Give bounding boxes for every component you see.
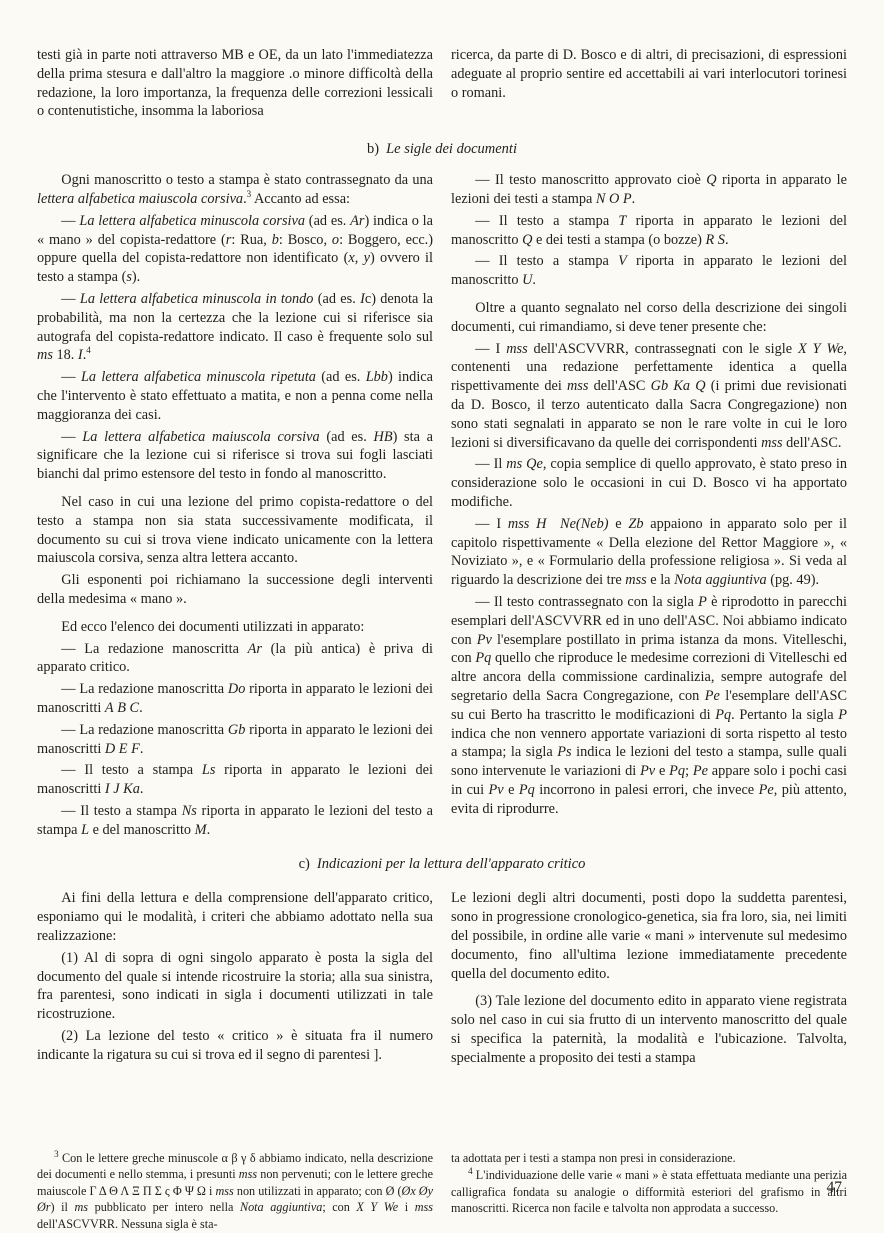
paragraph: (1) Al di sopra di ogni singolo apparato… <box>37 949 433 1024</box>
paragraph: — Il testo contrassegnato con la sigla P… <box>451 593 847 819</box>
page-number: 47 <box>827 1179 843 1197</box>
paragraph: (2) La lezione del testo « critico » è s… <box>37 1027 433 1065</box>
paragraph: testi già in parte noti attraverso MB e … <box>37 46 433 121</box>
section-b-letter: b) <box>367 141 379 157</box>
section-c-column-left: Ai fini della lettura e della comprensio… <box>37 889 433 1067</box>
paragraph: Oltre a quanto segnalato nel corso della… <box>451 299 847 337</box>
intro-section: testi già in parte noti attraverso MB e … <box>37 46 847 124</box>
paragraph: — La lettera alfabetica minuscola ripetu… <box>37 368 433 424</box>
paragraph: — Il testo a stampa Ns riporta in appara… <box>37 802 433 840</box>
paragraph: — La lettera alfabetica minuscola corsiv… <box>37 212 433 287</box>
paragraph: — La lettera alfabetica maiuscola corsiv… <box>37 428 433 484</box>
section-b-body: Ogni manoscritto o testo a stampa è stat… <box>37 171 847 842</box>
paragraph: Ed ecco l'elenco dei documenti utilizzat… <box>37 618 433 637</box>
section-heading-c: c)Indicazioni per la lettura dell'appara… <box>37 855 847 873</box>
book-page: testi già in parte noti attraverso MB e … <box>0 0 884 1233</box>
section-b-column-right: — Il testo manoscritto approvato cioè Q … <box>451 171 847 821</box>
paragraph: — La redazione manoscritta Ar (la più an… <box>37 640 433 678</box>
paragraph: — Il testo a stampa T riporta in apparat… <box>451 212 847 250</box>
paragraph: — Il ms Qe, copia semplice di quello app… <box>451 455 847 511</box>
paragraph: — Il testo a stampa Ls riporta in appara… <box>37 761 433 799</box>
paragraph: — La redazione manoscritta Do riporta in… <box>37 680 433 718</box>
paragraph: Le lezioni degli altri documenti, posti … <box>451 889 847 983</box>
paragraph: Ai fini della lettura e della comprensio… <box>37 889 433 945</box>
paragraph: — La redazione manoscritta Gb riporta in… <box>37 721 433 759</box>
paragraph: 3 Con le lettere greche minuscole α β γ … <box>37 1150 433 1232</box>
paragraph: ta adottata per i testi a stampa non pre… <box>451 1150 847 1166</box>
intro-column-left: testi già in parte noti attraverso MB e … <box>37 46 433 124</box>
paragraph: Gli esponenti poi richiamano la successi… <box>37 571 433 609</box>
paragraph: — Il testo a stampa V riporta in apparat… <box>451 252 847 290</box>
section-b-column-left: Ogni manoscritto o testo a stampa è stat… <box>37 171 433 842</box>
paragraph: — Il testo manoscritto approvato cioè Q … <box>451 171 847 209</box>
section-c-column-right: Le lezioni degli altri documenti, posti … <box>451 889 847 1070</box>
intro-column-right: ricerca, da parte di D. Bosco e di altri… <box>451 46 847 105</box>
section-heading-b: b)Le sigle dei documenti <box>37 140 847 158</box>
paragraph: 4 L'individuazione delle varie « mani » … <box>451 1167 847 1216</box>
section-c-letter: c) <box>299 856 310 872</box>
paragraph: Nel caso in cui una lezione del primo co… <box>37 493 433 568</box>
footnotes-section: 3 Con le lettere greche minuscole α β γ … <box>37 1150 847 1233</box>
paragraph: (3) Tale lezione del documento edito in … <box>451 992 847 1067</box>
section-c-title: Indicazioni per la lettura dell'apparato… <box>317 856 586 872</box>
footnotes-column-right: ta adottata per i testi a stampa non pre… <box>451 1150 847 1218</box>
paragraph: ricerca, da parte di D. Bosco e di altri… <box>451 46 847 102</box>
section-c-body: Ai fini della lettura e della comprensio… <box>37 889 847 1070</box>
section-b-title: Le sigle dei documenti <box>386 141 517 157</box>
paragraph: Ogni manoscritto o testo a stampa è stat… <box>37 171 433 209</box>
paragraph: — I mss H Ne(Neb) e Zb appaiono in appar… <box>451 515 847 590</box>
footnotes-column-left: 3 Con le lettere greche minuscole α β γ … <box>37 1150 433 1233</box>
paragraph: — La lettera alfabetica minuscola in ton… <box>37 290 433 365</box>
paragraph: — I mss dell'ASCVVRR, contrassegnati con… <box>451 340 847 453</box>
